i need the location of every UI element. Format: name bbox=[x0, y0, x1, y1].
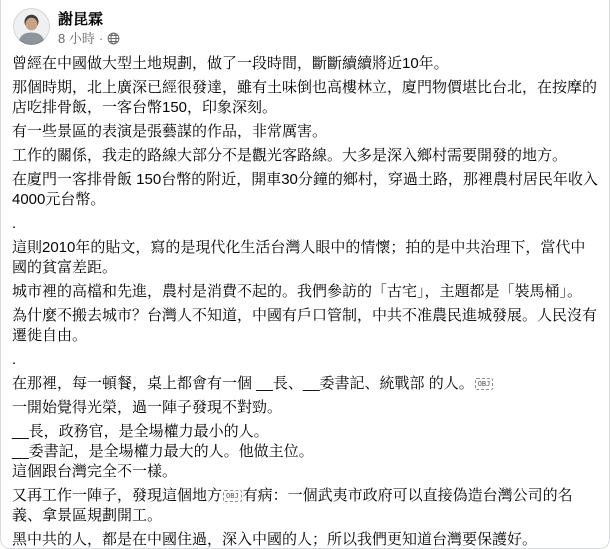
post-paragraph: 在廈門一客排骨飯 150台幣的附近，開車30分鐘的鄉村，穿過土路，那裡農村居民年… bbox=[12, 170, 598, 210]
post-paragraph: 為什麼不搬去城市？台灣人不知道，中國有戶口管制，中共不准農民進城發展。人民沒有遷… bbox=[12, 306, 598, 346]
post-paragraph: 工作的關係，我走的路線大部分不是觀光客路線。大多是深入鄉村需要開發的地方。 bbox=[12, 146, 598, 166]
avatar[interactable] bbox=[13, 8, 50, 45]
post-paragraph: . bbox=[12, 214, 598, 234]
globe-icon bbox=[107, 32, 120, 45]
author-name[interactable]: 謝昆霖 bbox=[58, 10, 120, 29]
post-paragraph: 又再工作一陣子，發現這個地方OBJ有病：一個武夷市政府可以直接偽造台灣公司的名義… bbox=[12, 486, 598, 526]
post-body: 曾經在中國做大型土地規劃，做了一段時間，斷斷續續將近10年。那個時期，北上廣深已… bbox=[1, 47, 609, 549]
post-paragraph: 黑中共的人，都是在中國住過，深入中國的人；所以我們更知道台灣要保護好。 bbox=[12, 530, 598, 549]
meta-separator: · bbox=[99, 30, 103, 47]
post-paragraph: 那個時期，北上廣深已經很發達，雖有土味倒也高樓林立，廈門物價堪比台北，在按摩的店… bbox=[12, 78, 598, 118]
post-timestamp[interactable]: 8 小時 bbox=[58, 30, 95, 47]
post-paragraph: . bbox=[12, 350, 598, 370]
post-paragraph: __長，政務官，是全場權力最小的人。__委書記，是全場權力最大的人。他做主位。這… bbox=[12, 422, 598, 482]
post-paragraph: 一開始覺得光榮，過一陣子發現不對勁。 bbox=[12, 398, 598, 418]
post-paragraph: 曾經在中國做大型土地規劃，做了一段時間，斷斷續續將近10年。 bbox=[12, 54, 598, 74]
object-replacement-icon: OBJ bbox=[475, 378, 494, 390]
post-card: 謝昆霖 8 小時 · 曾經在中國做大型土地規劃，做了一段時間，斷斷續續將近10年… bbox=[0, 0, 610, 549]
post-meta: 8 小時 · bbox=[58, 30, 120, 47]
header-meta: 謝昆霖 8 小時 · bbox=[58, 8, 120, 47]
person-icon bbox=[13, 8, 50, 45]
post-paragraph: 有一些景區的表演是張藝謀的作品，非常厲害。 bbox=[12, 122, 598, 142]
object-replacement-icon: OBJ bbox=[223, 490, 242, 502]
post-paragraph: 在那裡，每一頓餐，桌上都會有一個 __長、__委書記、統戰部 的人。OBJ bbox=[12, 374, 598, 394]
post-header: 謝昆霖 8 小時 · bbox=[1, 0, 609, 47]
post-paragraph: 城市裡的高檔和先進，農村是消費不起的。我們參訪的「古宅」，主題都是「裝馬桶」。 bbox=[12, 282, 598, 302]
post-paragraph: 這則2010年的貼文，寫的是現代化生活台灣人眼中的情懷；拍的是中共治理下，當代中… bbox=[12, 238, 598, 278]
